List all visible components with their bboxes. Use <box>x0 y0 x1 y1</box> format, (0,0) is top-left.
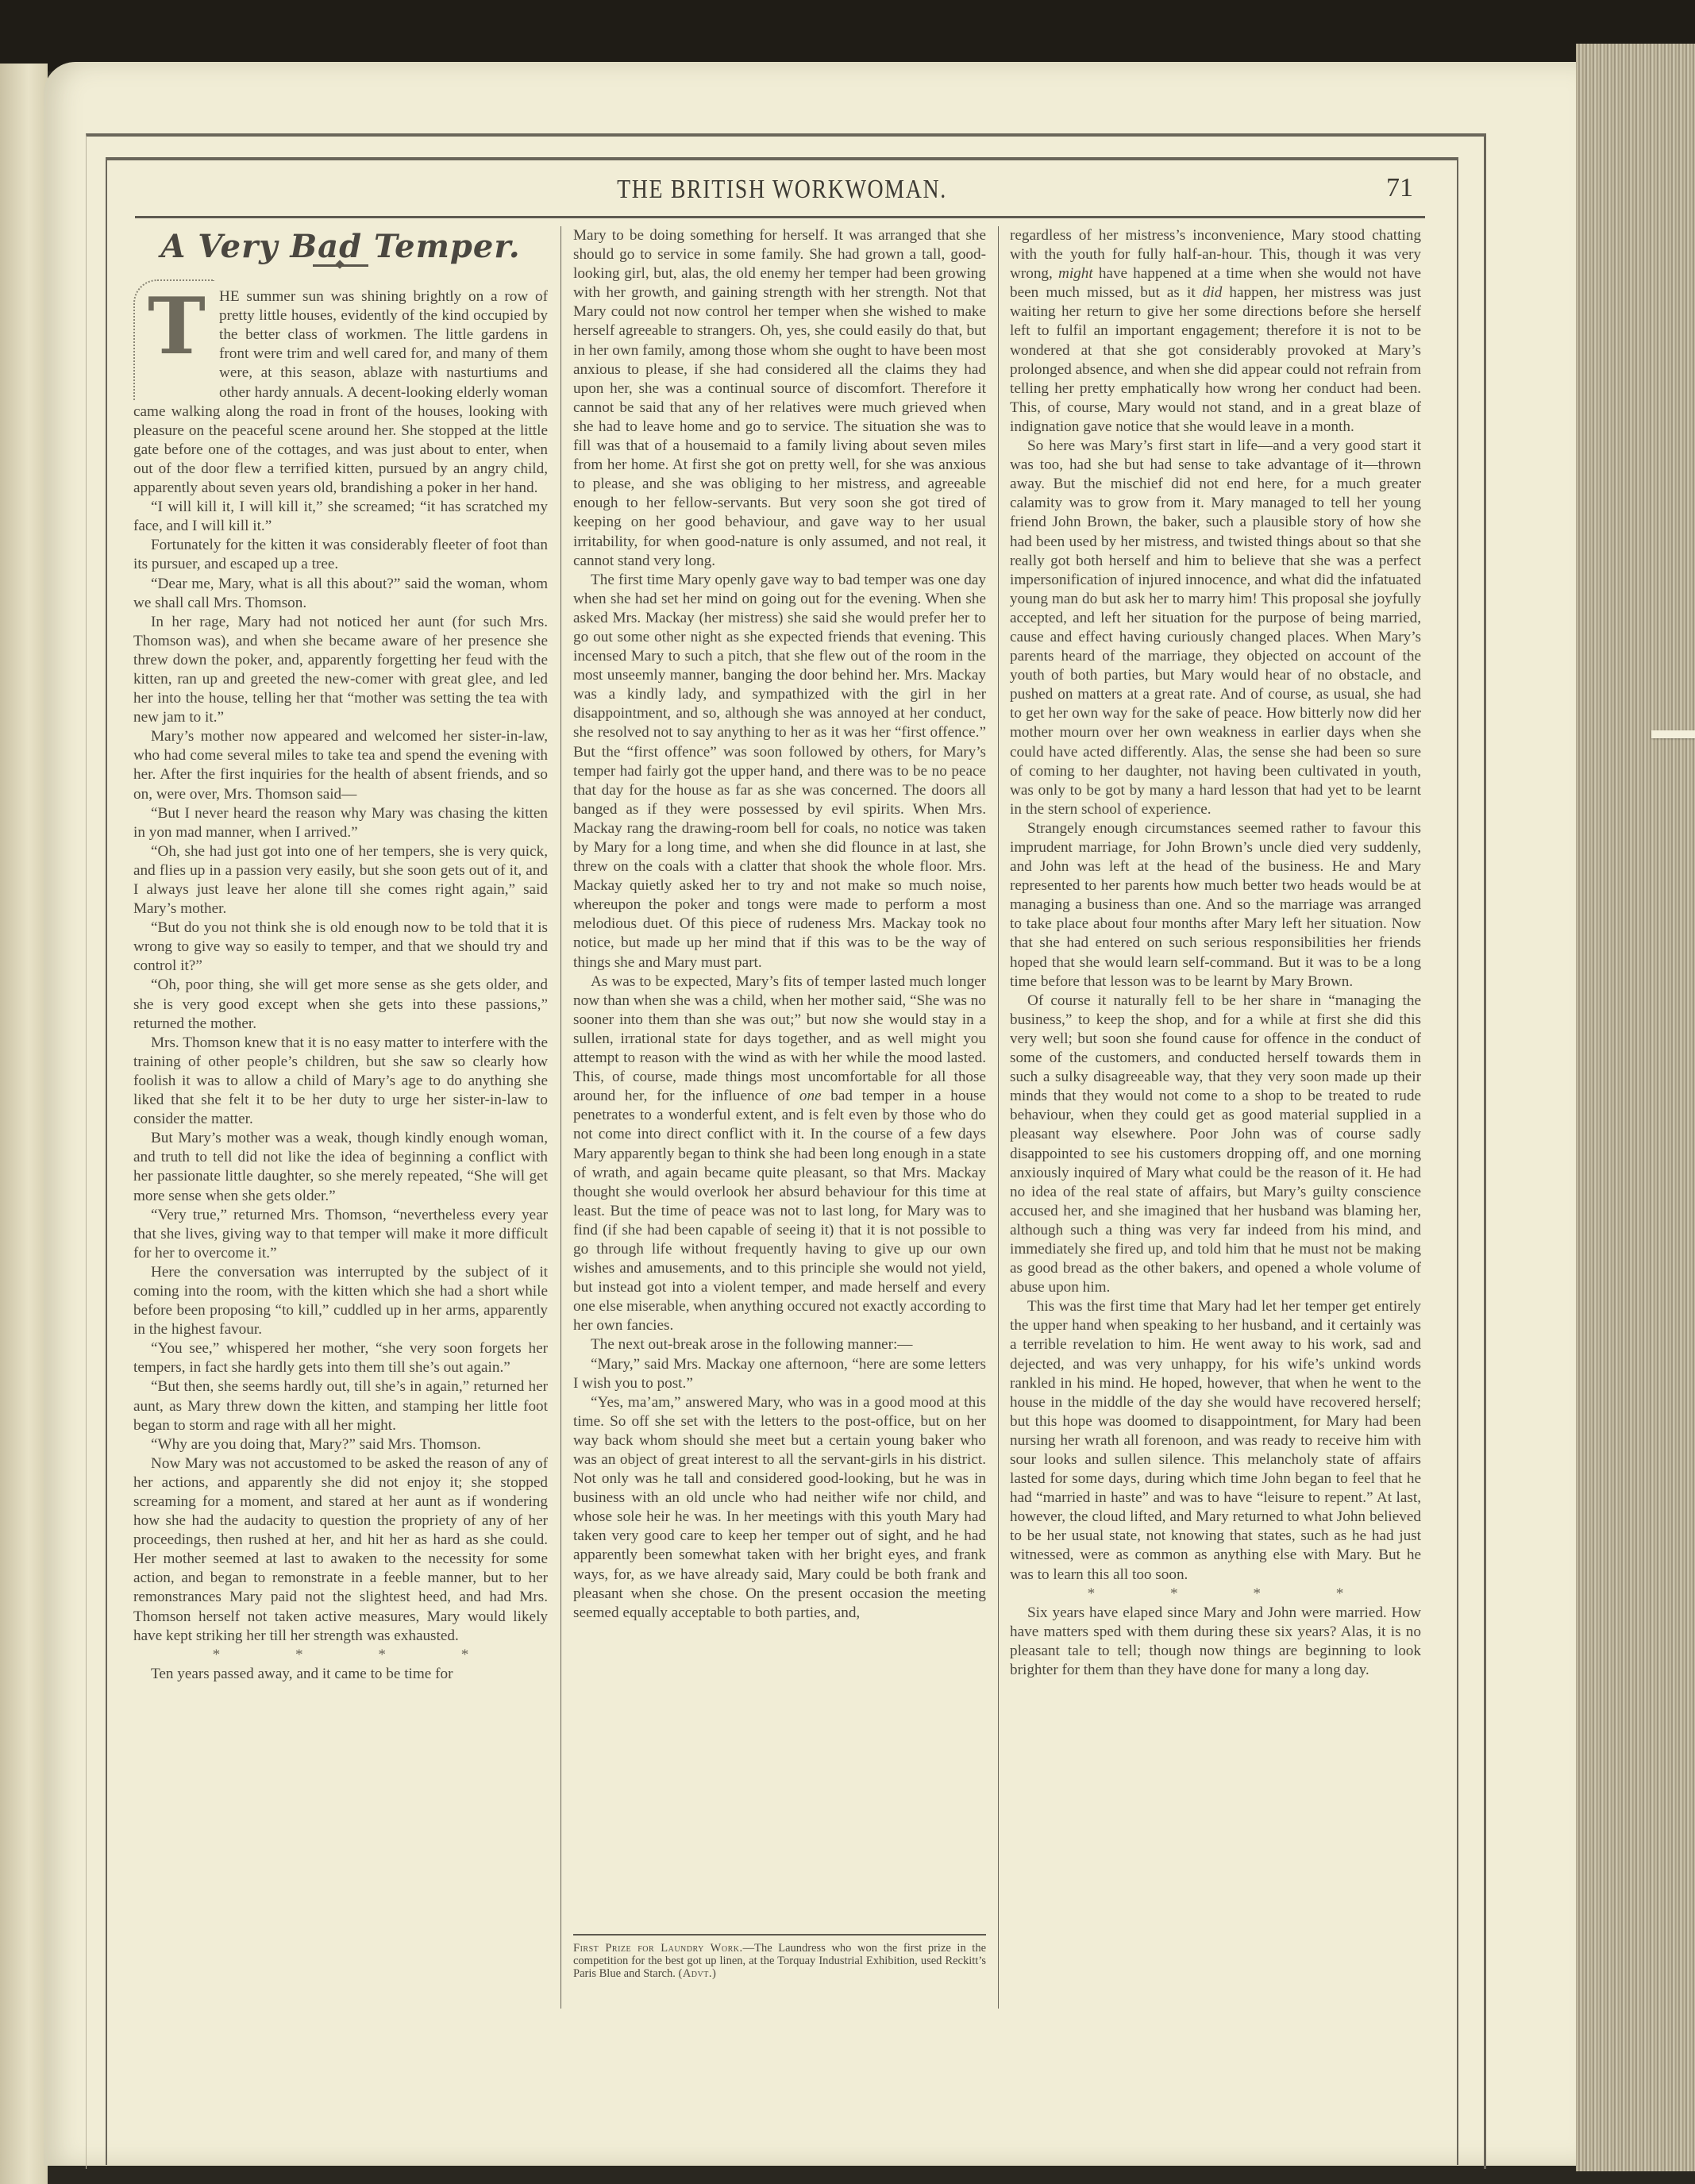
section-break-asterisks: * * * * <box>133 1646 548 1665</box>
italic-emphasis: one <box>799 1088 822 1104</box>
paragraph: “But do you not think she is old enough … <box>133 919 548 976</box>
paragraph: In her rage, Mary had not noticed her au… <box>133 613 548 728</box>
running-header: THE BRITISH WORKWOMAN. 71 <box>135 173 1429 211</box>
paragraph: Now Mary was not accustomed to be asked … <box>133 1454 548 1646</box>
text-column-1: A Very Bad Temper. T HE summer sun was s… <box>133 226 548 1684</box>
paragraph: regardless of her mistress’s inconvenien… <box>1010 226 1421 437</box>
paragraph: The next out-break arose in the followin… <box>573 1335 986 1354</box>
paragraph: Strangely enough circumstances seemed ra… <box>1010 819 1421 992</box>
paragraph: Ten years passed away, and it came to be… <box>133 1665 548 1684</box>
italic-emphasis: might <box>1058 265 1093 282</box>
paragraph: But Mary’s mother was a weak, though kin… <box>133 1129 548 1205</box>
drop-cap-letter: T <box>148 287 206 367</box>
scan-background <box>0 0 1695 71</box>
publication-title: THE BRITISH WORKWOMAN. <box>252 175 1313 205</box>
book-fore-edge <box>1576 44 1695 2171</box>
paragraph: Fortunately for the kitten it was consid… <box>133 536 548 574</box>
paragraph: Mary to be doing something for herself. … <box>573 226 986 571</box>
paper-bookmark-slip <box>1651 730 1695 738</box>
paragraph: “Very true,” returned Mrs. Thomson, “nev… <box>133 1206 548 1263</box>
column-divider-1 <box>561 226 561 2009</box>
advertisement-rule <box>573 1934 986 1936</box>
title-ornament-rule <box>313 264 368 267</box>
paragraph: “Yes, ma’am,” answered Mary, who was in … <box>573 1393 986 1623</box>
text-column-2: Mary to be doing something for herself. … <box>573 226 986 1623</box>
italic-emphasis: did <box>1203 284 1223 301</box>
advertisement-tag: (Advt.) <box>679 1967 717 1980</box>
paragraph: “Dear me, Mary, what is all this about?”… <box>133 575 548 613</box>
paragraph: “Why are you doing that, Mary?” said Mrs… <box>133 1435 548 1454</box>
paragraph: Of course it naturally fell to be her sh… <box>1010 992 1421 1298</box>
paragraph-text: As was to be expected, Mary’s fits of te… <box>573 973 986 1105</box>
decorative-initial: T <box>133 287 213 399</box>
paragraph: “You see,” whispered her mother, “she ve… <box>133 1339 548 1377</box>
paragraph: The first time Mary openly gave way to b… <box>573 571 986 973</box>
section-break-asterisks: * * * * <box>1010 1585 1421 1604</box>
advertisement: First Prize for Laundry Work.—The Laundr… <box>573 1942 986 1980</box>
paragraph: This was the first time that Mary had le… <box>1010 1297 1421 1584</box>
paragraph: Six years have elaped since Mary and Joh… <box>1010 1604 1421 1680</box>
paragraph: “Mary,” said Mrs. Mackay one afternoon, … <box>573 1355 986 1393</box>
advertisement-heading: First Prize for Laundry Work. <box>573 1942 743 1955</box>
paragraph: Here the conversation was interrupted by… <box>133 1263 548 1339</box>
header-rule <box>135 216 1425 218</box>
facing-page-edge <box>0 64 48 2184</box>
paragraph: “I will kill it, I will kill it,” she sc… <box>133 498 548 536</box>
paragraph-text: happen, her mistress was just waiting he… <box>1010 284 1421 435</box>
paragraph: “But then, she seems hardly out, till sh… <box>133 1377 548 1435</box>
paragraph: Mrs. Thomson knew that it is no easy mat… <box>133 1034 548 1129</box>
text-column-3: regardless of her mistress’s inconvenien… <box>1010 226 1421 1680</box>
paragraph: “But I never heard the reason why Mary w… <box>133 804 548 842</box>
article-title: A Very Bad Temper. <box>133 237 548 256</box>
paragraph: As was to be expected, Mary’s fits of te… <box>573 973 986 1336</box>
paragraph: So here was Mary’s first start in life—a… <box>1010 437 1421 819</box>
paragraph: “Oh, she had just got into one of her te… <box>133 842 548 919</box>
paragraph: Mary’s mother now appeared and welcomed … <box>133 727 548 803</box>
paragraph-text: bad temper in a house penetrates to a wo… <box>573 1088 986 1334</box>
paragraph: “Oh, poor thing, she will get more sense… <box>133 976 548 1033</box>
page-number: 71 <box>1386 173 1413 203</box>
column-divider-2 <box>998 226 999 2009</box>
